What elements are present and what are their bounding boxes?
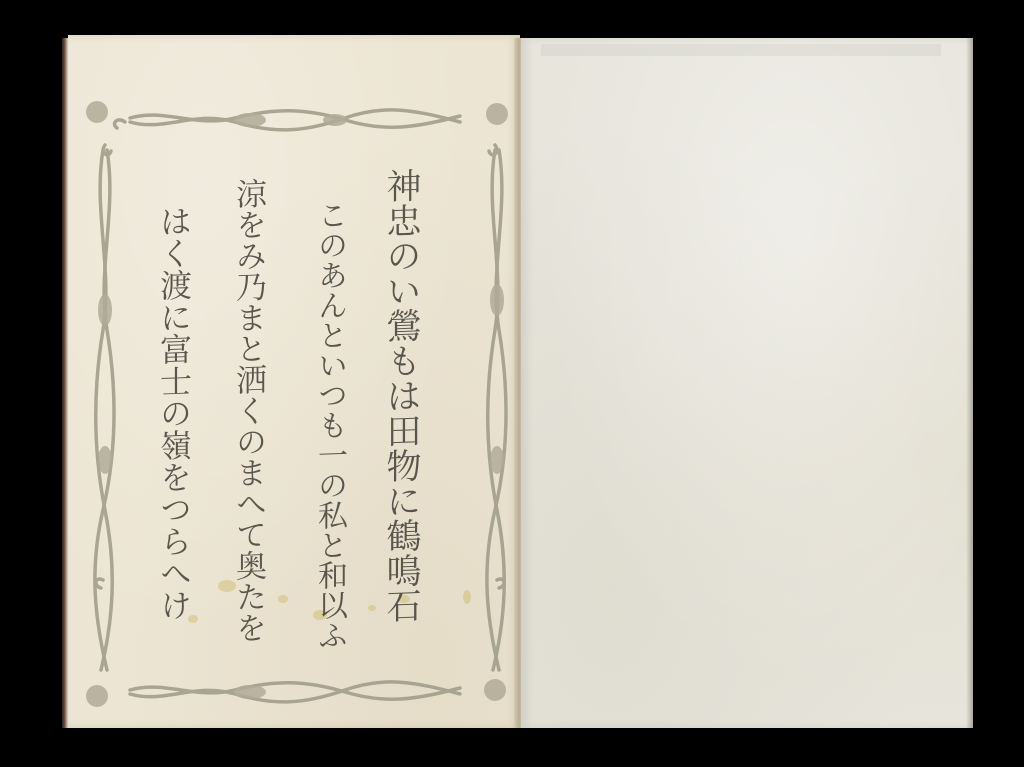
calligraphy-column-3: 涼をみ乃まと洒くのまへて奥たを [232,177,263,643]
bleed-through-mark [541,44,941,56]
calligraphy-column-1: 神忠のい鶯もは田物に鶴鳴石 [383,167,418,623]
right-page [521,38,973,728]
calligraphy-column-4: はく渡に富士の嶺をつらへけ [158,204,190,621]
decorative-border [85,100,515,720]
open-book: 神忠のい鶯もは田物に鶴鳴石 このあんといつも一の私と和以ふ 涼をみ乃まと洒くのま… [0,0,1024,767]
right-page-edge [966,38,973,728]
calligraphy-column-2: このあんといつも一の私と和以ふ [314,199,344,650]
